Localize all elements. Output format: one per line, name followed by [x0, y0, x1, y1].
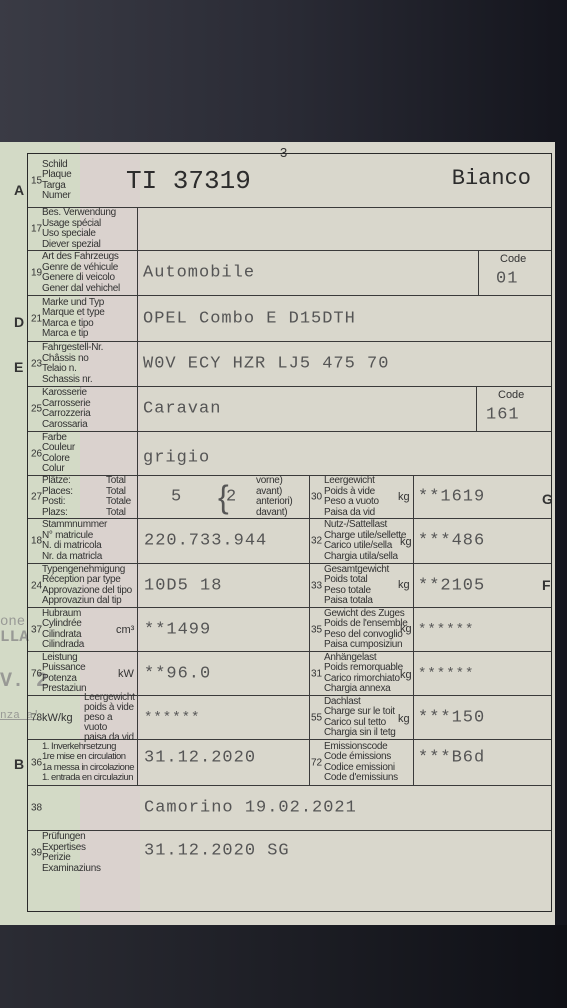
- label-de: Marke und Typ: [42, 298, 105, 309]
- train-weight-value: ******: [418, 622, 474, 638]
- unit: kg: [400, 623, 412, 635]
- row-power-trailer-load: 76 Leistung Puissance Potenza Prestaziun…: [28, 652, 551, 696]
- field-labels: Emissionscode Code émissions Codice emis…: [324, 742, 398, 784]
- field-labels: Gewicht des Zuges Poids de l'ensemble Pe…: [324, 609, 408, 651]
- label-de: 1. Inverkehrsetzung: [42, 742, 134, 753]
- field-number: 36: [31, 757, 42, 768]
- label-it: Peso del convoglio: [324, 630, 408, 641]
- label-it: peso a vuoto: [84, 713, 137, 733]
- field-labels: Dachlast Charge sur le toit Carico sul t…: [324, 697, 396, 739]
- row-color: 26 Farbe Couleur Colore Colur grigio: [28, 432, 551, 476]
- label-rm: Gener dal vehichel: [42, 284, 120, 295]
- row-inspections: 39 Prüfungen Expertises Perizie Examinaz…: [28, 831, 551, 911]
- row-type-approval-total-weight: 24 Typengenehmigung Réception par type A…: [28, 564, 551, 608]
- row-body: 25 Karosserie Carrosserie Carrozzeria Ca…: [28, 387, 551, 432]
- field-number: 32: [311, 536, 322, 547]
- divider: [309, 652, 310, 695]
- front-rm: davant): [256, 508, 292, 519]
- label-it: Genere di veicolo: [42, 273, 120, 284]
- label-rm: Numer: [42, 191, 71, 202]
- field-number: 55: [311, 712, 322, 723]
- label-rm: Cilindrada: [42, 640, 84, 651]
- side-marker-A: A: [14, 182, 24, 198]
- label-it: Codice emissioni: [324, 763, 398, 774]
- power-weight-value: ******: [144, 710, 200, 726]
- field-labels: Plätze: Places: Posti: Plazs:: [42, 476, 73, 518]
- label-de: Prüfungen: [42, 832, 101, 843]
- divider: [413, 652, 414, 695]
- label-it: Marca e tipo: [42, 319, 105, 330]
- divider: [413, 519, 414, 563]
- label-de: Typengenehmigung: [42, 565, 132, 576]
- field-number: 24: [31, 580, 42, 591]
- label-de: Schild: [42, 160, 71, 171]
- label-rm: Approvaziun dal tip: [42, 596, 132, 607]
- make-model-value: OPEL Combo E D15DTH: [143, 309, 356, 328]
- divider: [413, 476, 414, 518]
- label-it: Peso totale: [324, 586, 389, 597]
- emissions-code-value: ***B6d: [418, 749, 485, 768]
- label-it: Uso speciale: [42, 229, 116, 240]
- field-number: 27: [31, 492, 42, 503]
- payload-value: ***486: [418, 532, 485, 551]
- front-labels: vorne) avant) anteriori) davant): [256, 476, 292, 518]
- label-rm: Chargia utila/sella: [324, 552, 406, 563]
- row-plate: 15 Schild Plaque Targa Numer TI 37319 Bi…: [28, 154, 551, 208]
- field-labels: Nutz-/Sattellast Charge utile/sellette C…: [324, 520, 406, 562]
- label-de: Farbe: [42, 433, 75, 444]
- divider: [309, 608, 310, 651]
- field-number: 31: [311, 668, 322, 679]
- field-labels: Stammnummer N° matricule N. di matricola…: [42, 520, 107, 562]
- field-labels: Marke und Typ Marque et type Marca e tip…: [42, 298, 105, 340]
- vehicle-type-value: Automobile: [143, 264, 255, 283]
- field-labels: Hubraum Cylindrée Cilindrata Cilindrada: [42, 609, 84, 651]
- label-it: Cilindrata: [42, 630, 84, 641]
- label-color: 26 Farbe Couleur Colore Colur: [28, 432, 138, 475]
- divider: [476, 387, 477, 431]
- front-it: anteriori): [256, 497, 292, 508]
- unit: kg: [398, 713, 410, 725]
- field-number: 76: [31, 668, 42, 679]
- label-rm: Nr. da matricla: [42, 552, 107, 563]
- row-chassis: 23 Fahrgestell-Nr. Châssis no Telaio n. …: [28, 342, 551, 387]
- label-it: Targa: [42, 181, 71, 192]
- field-number: 15: [31, 175, 42, 186]
- label-rm: Examinaziuns: [42, 864, 101, 875]
- field-labels: Typengenehmigung Réception par type Appr…: [42, 565, 132, 607]
- label-rm: Colur: [42, 464, 75, 475]
- registration-table: 15 Schild Plaque Targa Numer TI 37319 Bi…: [27, 153, 552, 912]
- label-it: Colore: [42, 454, 75, 465]
- label-it: Posti:: [42, 497, 73, 508]
- label-displacement: 37 Hubraum Cylindrée Cilindrata Cilindra…: [28, 608, 138, 651]
- total-weight-value: **2105: [418, 576, 485, 595]
- front-de: vorne): [256, 476, 292, 487]
- seats-front-value: 2: [226, 488, 237, 507]
- field-labels: Schild Plaque Targa Numer: [42, 160, 71, 202]
- label-rm: Paisa totala: [324, 596, 389, 607]
- plate-color: Bianco: [452, 166, 531, 191]
- divider: [413, 696, 414, 739]
- label-rm: Code d'emissiuns: [324, 773, 398, 784]
- first-registration-value: 31.12.2020: [144, 749, 256, 768]
- divider: [309, 696, 310, 739]
- label-it: Carico rimorchiato: [324, 674, 403, 685]
- field-number: 72: [311, 757, 322, 768]
- divider: [309, 519, 310, 563]
- field-labels: Gesamtgewicht Poids total Peso totale Pa…: [324, 565, 389, 607]
- side-marker-D: D: [14, 314, 24, 330]
- label-first-registration: 36 1. Inverkehrsetzung 1re mise en circu…: [28, 740, 138, 785]
- label-make-model: 21 Marke und Typ Marque et type Marca e …: [28, 296, 138, 341]
- field-labels: Leergewicht Poids à vide Peso a vuoto Pa…: [324, 476, 379, 518]
- label-rm: Carossaria: [42, 420, 90, 431]
- inspections-value: 31.12.2020 SG: [144, 842, 290, 861]
- issue-place-date-value: Camorino 19.02.2021: [144, 799, 357, 818]
- divider: [413, 608, 414, 651]
- vehicle-type-code: 01: [496, 270, 518, 289]
- row-power-weight-roof-load: 78 kW/kg Leergewicht poids à vide peso a…: [28, 696, 551, 740]
- field-labels: Art des Fahrzeugs Genre de véhicule Gene…: [42, 252, 120, 294]
- field-labels: Farbe Couleur Colore Colur: [42, 433, 75, 475]
- power-value: **96.0: [144, 664, 211, 683]
- label-de: Fahrgestell-Nr.: [42, 343, 103, 354]
- unit: kg: [398, 491, 410, 503]
- field-number: 35: [311, 624, 322, 635]
- field-number: 21: [31, 313, 42, 324]
- background-surface: [0, 925, 567, 1008]
- label-it: Perizie: [42, 853, 101, 864]
- code-label: Code: [498, 389, 524, 401]
- row-matricule-payload: 18 Stammnummer N° matricule N. di matric…: [28, 519, 551, 564]
- field-labels: Bes. Verwendung Usage spécial Uso specia…: [42, 208, 116, 250]
- label-seats: 27 Plätze: Places: Posti: Plazs: Total T…: [28, 476, 138, 518]
- label-rm: Paisa cumposiziun: [324, 640, 408, 651]
- body-code: 161: [486, 406, 520, 425]
- label-de: Stammnummer: [42, 520, 107, 531]
- body-value: Caravan: [143, 400, 221, 419]
- field-labels: Karosserie Carrosserie Carrozzeria Caros…: [42, 388, 90, 430]
- label-it: Peso a vuoto: [324, 497, 379, 508]
- label-rm: Schassis nr.: [42, 375, 103, 386]
- label-vehicle-type: 19 Art des Fahrzeugs Genre de véhicule G…: [28, 251, 138, 295]
- label-power-weight: 78 kW/kg Leergewicht poids à vide peso a…: [28, 696, 138, 739]
- plate-number: TI 37319: [126, 166, 251, 196]
- label-rm: Prestaziun: [42, 684, 86, 695]
- displacement-value: **1499: [144, 620, 211, 639]
- divider: [413, 564, 414, 607]
- label-special-use: 17 Bes. Verwendung Usage spécial Uso spe…: [28, 208, 138, 250]
- matricule-value: 220.733.944: [144, 532, 267, 551]
- field-labels: Leergewicht poids à vide peso a vuoto pa…: [84, 693, 137, 743]
- code-label: Code: [500, 253, 526, 265]
- field-number: 30: [311, 492, 322, 503]
- empty-weight-value: **1619: [418, 488, 485, 507]
- field-number: 33: [311, 580, 322, 591]
- label-matricule: 18 Stammnummer N° matricule N. di matric…: [28, 519, 138, 563]
- label-chassis: 23 Fahrgestell-Nr. Châssis no Telaio n. …: [28, 342, 138, 386]
- label-it: Carico sul tetto: [324, 718, 396, 729]
- row-make-model: 21 Marke und Typ Marque et type Marca e …: [28, 296, 551, 342]
- label-de: Leergewicht: [324, 476, 379, 487]
- unit: kW/kg: [42, 712, 73, 724]
- unit: cm³: [116, 624, 134, 636]
- field-number: 18: [31, 536, 42, 547]
- label-de: Emissionscode: [324, 742, 398, 753]
- label-de: Hubraum: [42, 609, 84, 620]
- label-rm: Diever spezial: [42, 240, 116, 251]
- label-de: Bes. Verwendung: [42, 208, 116, 219]
- divider: [413, 740, 414, 785]
- total-de: Total: [106, 476, 131, 487]
- unit: kW: [118, 668, 134, 680]
- label-it: Carico utile/sella: [324, 541, 406, 552]
- row-first-registration-emissions: 36 1. Inverkehrsetzung 1re mise en circu…: [28, 740, 551, 786]
- field-number: 39: [31, 848, 42, 859]
- field-labels: 1. Inverkehrsetzung 1re mise en circulat…: [42, 742, 134, 784]
- field-labels: Anhängelast Poids remorquable Carico rim…: [324, 653, 403, 695]
- label-plate: 15 Schild Plaque Targa Numer: [28, 154, 138, 207]
- margin-stamp-line: LLA: [0, 628, 29, 646]
- roof-load-value: ***150: [418, 708, 485, 727]
- divider: [478, 251, 479, 295]
- label-it: Telaio n.: [42, 364, 103, 375]
- side-marker-B: B: [14, 756, 24, 772]
- type-approval-value: 10D5 18: [144, 576, 222, 595]
- label-de: Leistung: [42, 653, 86, 664]
- label-de: Gesamtgewicht: [324, 565, 389, 576]
- color-value: grigio: [143, 448, 210, 467]
- label-de: Dachlast: [324, 697, 396, 708]
- divider: [309, 740, 310, 785]
- label-de: Gewicht des Zuges: [324, 609, 408, 620]
- label-type-approval: 24 Typengenehmigung Réception par type A…: [28, 564, 138, 607]
- row-displacement-train-weight: 37 Hubraum Cylindrée Cilindrata Cilindra…: [28, 608, 551, 652]
- label-rm: Paisa da vid: [324, 508, 379, 519]
- row-seats-empty-weight: 27 Plätze: Places: Posti: Plazs: Total T…: [28, 476, 551, 519]
- divider: [309, 476, 310, 518]
- row-special-use: 17 Bes. Verwendung Usage spécial Uso spe…: [28, 208, 551, 251]
- total-labels: Total Total Totale Total: [106, 476, 131, 518]
- seats-total-value: 5: [171, 488, 182, 507]
- label-de: Anhängelast: [324, 653, 403, 664]
- label-de: Art des Fahrzeugs: [42, 252, 120, 263]
- label-rm: Plazs:: [42, 508, 73, 519]
- trailer-load-value: ******: [418, 666, 474, 682]
- label-de: Karosserie: [42, 388, 90, 399]
- label-rm: Chargia annexa: [324, 684, 403, 695]
- unit: kg: [398, 579, 410, 591]
- label-body: 25 Karosserie Carrosserie Carrozzeria Ca…: [28, 387, 138, 431]
- label-it: Approvazione del tipo: [42, 586, 132, 597]
- field-number: 26: [31, 448, 42, 459]
- label-it: Potenza: [42, 674, 86, 685]
- row-vehicle-type: 19 Art des Fahrzeugs Genre de véhicule G…: [28, 251, 551, 296]
- label-rm: Chargia sin il tetg: [324, 728, 396, 739]
- label-it: N. di matricola: [42, 541, 107, 552]
- field-number: 17: [31, 224, 42, 235]
- chassis-number-value: W0V ECY HZR LJ5 475 70: [143, 355, 389, 374]
- label-de: Plätze:: [42, 476, 73, 487]
- label-it: 1a messa in circolazione: [42, 763, 134, 774]
- field-labels: Leistung Puissance Potenza Prestaziun: [42, 653, 86, 695]
- label-rm: 1. entrada en circulaziun: [42, 773, 134, 784]
- field-number: 37: [31, 624, 42, 635]
- row-issue-place-date: 38 Camorino 19.02.2021: [28, 786, 551, 831]
- label-it: Carrozzeria: [42, 409, 90, 420]
- vehicle-registration-page: 3 one LLA V. 2 nza a' A D E B G F 15 Sch…: [0, 142, 555, 925]
- field-number: 23: [31, 359, 42, 370]
- label-de: Nutz-/Sattellast: [324, 520, 406, 531]
- label-rm: Marca e tip: [42, 329, 105, 340]
- side-marker-E: E: [14, 359, 23, 375]
- total-it: Totale: [106, 497, 131, 508]
- divider: [309, 564, 310, 607]
- field-labels: Fahrgestell-Nr. Châssis no Telaio n. Sch…: [42, 343, 103, 385]
- unit: kg: [400, 536, 412, 548]
- field-number: 19: [31, 268, 42, 279]
- field-labels: Prüfungen Expertises Perizie Examinaziun…: [42, 832, 101, 874]
- total-rm: Total: [106, 508, 131, 519]
- label-power: 76 Leistung Puissance Potenza Prestaziun…: [28, 652, 138, 695]
- field-number: 78: [31, 712, 42, 723]
- unit: kg: [400, 669, 412, 681]
- field-number: 38: [31, 803, 42, 814]
- field-number: 25: [31, 404, 42, 415]
